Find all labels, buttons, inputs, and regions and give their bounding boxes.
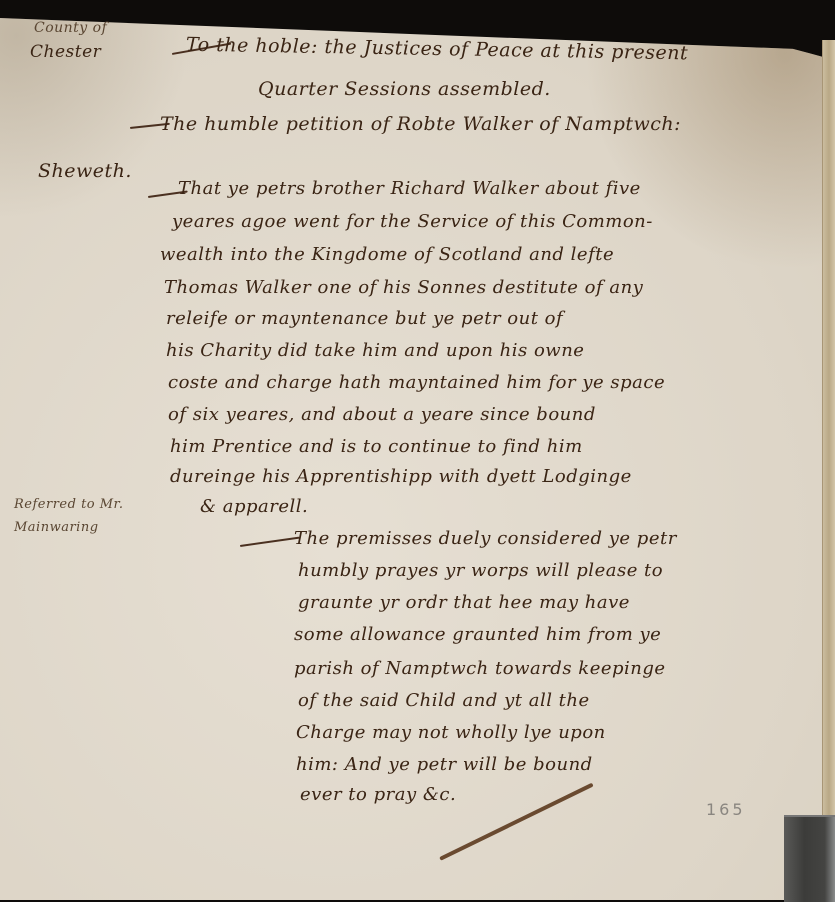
address-line-2: Quarter Sessions assembled. [258, 78, 551, 100]
body-line: That ye petrs brother Richard Walker abo… [178, 178, 641, 199]
prayer-line: him: And ye petr will be bound [296, 754, 593, 775]
prayer-line: humbly prayes yr worps will please to [298, 560, 663, 581]
body-line: wealth into the Kingdome of Scotland and… [160, 244, 614, 265]
margin-county-line2: Chester [30, 42, 101, 62]
folio-number: 165 [706, 800, 746, 819]
body-line: Thomas Walker one of his Sonnes destitut… [164, 277, 643, 298]
petition-title: The humble petition of Robte Walker of N… [160, 113, 681, 135]
body-line: coste and charge hath mayntained him for… [168, 372, 665, 393]
body-line: of six yeares, and about a yeare since b… [168, 404, 596, 425]
scan-background: County of Chester To the hoble: the Just… [0, 0, 835, 900]
body-line: yeares agoe went for the Service of this… [172, 211, 653, 232]
margin-referral-line2: Mainwaring [14, 520, 99, 535]
body-line: & apparell. [200, 496, 308, 517]
prayer-line: Charge may not wholly lye upon [296, 722, 606, 743]
prayer-line: graunte yr ordr that hee may have [298, 592, 630, 613]
prayer-line: of the said Child and yt all the [298, 690, 590, 711]
body-line: him Prentice and is to continue to find … [170, 436, 583, 457]
sheweth-label: Sheweth. [38, 160, 132, 182]
margin-referral-line1: Referred to Mr. [14, 497, 123, 512]
prayer-line: parish of Namptwch towards keepinge [294, 658, 666, 679]
margin-county-line1: County of [34, 20, 107, 36]
prayer-line: The premisses duely considered ye petr [294, 528, 677, 549]
body-line: dureinge his Apprentishipp with dyett Lo… [170, 466, 632, 487]
binding-edge [822, 40, 835, 900]
body-line: releife or mayntenance but ye petr out o… [166, 308, 563, 329]
prayer-line: ever to pray &c. [300, 784, 456, 805]
metal-clip [784, 815, 835, 900]
prayer-line: some allowance graunted him from ye [294, 624, 661, 645]
body-line: his Charity did take him and upon his ow… [166, 340, 584, 361]
